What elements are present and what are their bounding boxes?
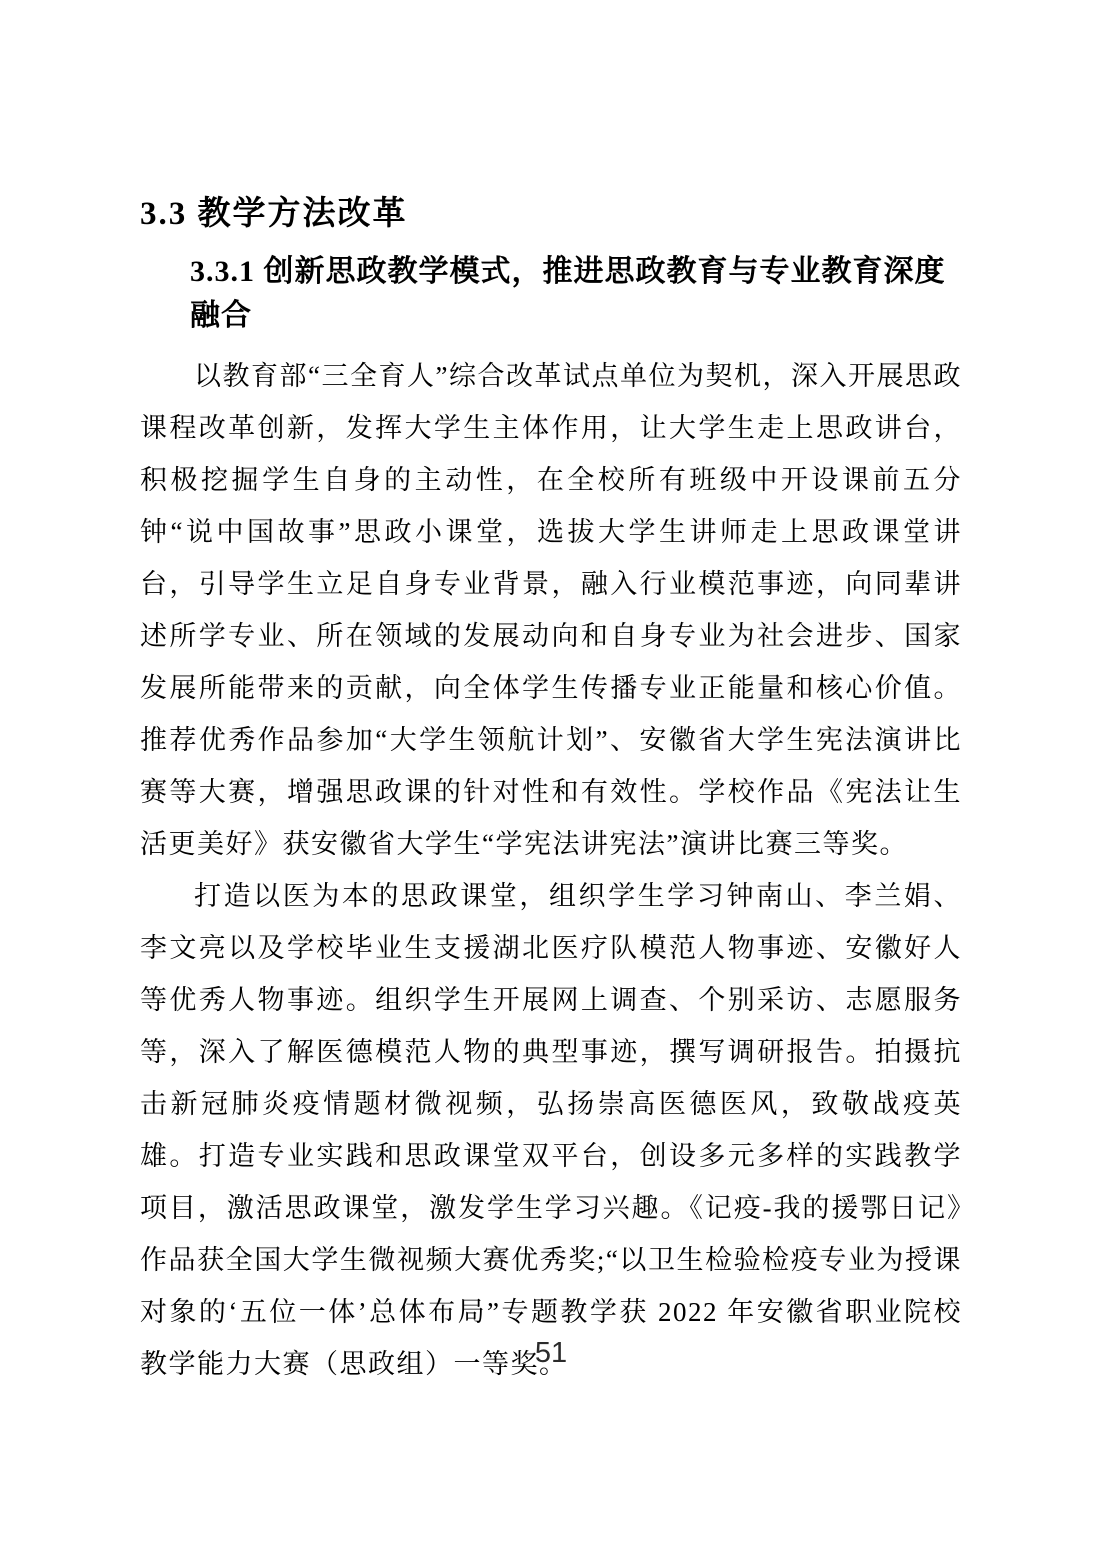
page-number: 51	[0, 1337, 1102, 1370]
section-heading: 3.3 教学方法改革	[140, 192, 962, 236]
document-page: 3.3 教学方法改革 3.3.1 创新思政教学模式，推进思政教育与专业教育深度融…	[0, 0, 1102, 1559]
document-body: 3.3 教学方法改革 3.3.1 创新思政教学模式，推进思政教育与专业教育深度融…	[140, 192, 962, 1390]
paragraph-2: 打造以医为本的思政课堂，组织学生学习钟南山、李兰娟、李文亮以及学校毕业生支援湖北…	[140, 870, 962, 1390]
subsection-heading: 3.3.1 创新思政教学模式，推进思政教育与专业教育深度融合	[190, 250, 962, 338]
paragraph-1: 以教育部“三全育人”综合改革试点单位为契机，深入开展思政课程改革创新，发挥大学生…	[140, 350, 962, 870]
